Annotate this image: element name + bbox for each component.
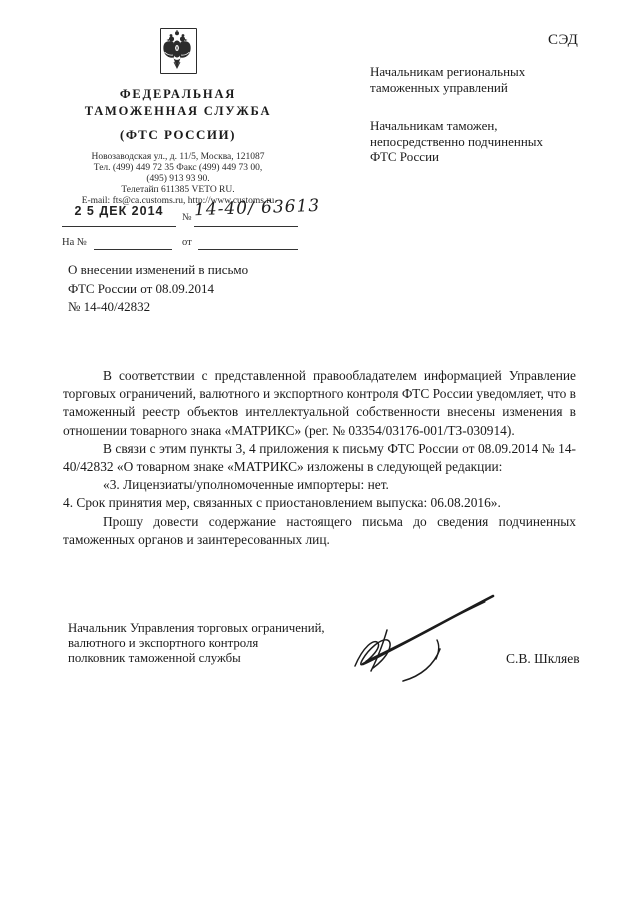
recipient-group-1: Начальникам региональных таможенных упра… — [370, 64, 610, 95]
body-paragraph-2: В связи с этим пункты 3, 4 приложения к … — [63, 440, 576, 476]
subject-line2: ФТС России от 08.09.2014 — [68, 280, 318, 299]
subject-line1: О внесении изменений в письмо — [68, 261, 318, 280]
address-line-street: Новозаводская ул., д. 11/5, Москва, 1210… — [62, 152, 294, 163]
subject-line3: № 14-40/42832 — [68, 298, 318, 317]
letterhead: ФЕДЕРАЛЬНАЯ ТАМОЖЕННАЯ СЛУЖБА (ФТС РОССИ… — [62, 28, 294, 207]
recipient-group-2: Начальникам таможен, непосредственно под… — [370, 118, 610, 165]
number-sign: № — [182, 212, 192, 223]
handwritten-signature — [333, 583, 505, 685]
date-stamp-line: 2 5 ДЕК 2014 — [62, 204, 176, 227]
body-quote-item-3: «3. Лицензиаты/уполномоченные импортеры:… — [63, 476, 576, 494]
sed-label: СЭД — [548, 32, 578, 49]
address-line-teletype: Телетайп 611385 VETO RU. — [62, 185, 294, 196]
reply-date-blank-line — [198, 232, 298, 250]
reply-number-blank-line — [94, 232, 172, 250]
date-stamp: 2 5 ДЕК 2014 — [74, 204, 163, 218]
letter-body: В соответствии с представленной правообл… — [63, 367, 576, 549]
recipients-block: Начальникам региональных таможенных упра… — [370, 64, 610, 165]
address-line-phone2: (495) 913 93 90. — [62, 174, 294, 185]
recipient2-line2: непосредственно подчиненных — [370, 134, 610, 150]
scanned-letter-page: ФЕДЕРАЛЬНАЯ ТАМОЖЕННАЯ СЛУЖБА (ФТС РОССИ… — [0, 0, 640, 905]
signer-title-block: Начальник Управления торговых ограничени… — [68, 621, 358, 667]
org-short-name: (ФТС РОССИИ) — [62, 127, 294, 143]
reply-to-label: На № — [62, 237, 87, 248]
recipient1-line1: Начальникам региональных — [370, 64, 610, 80]
coat-of-arms-box — [160, 28, 197, 74]
incoming-reference-row: На № от — [62, 232, 300, 252]
signer-name: С.В. Шкляев — [506, 651, 580, 667]
reply-from-label: от — [182, 237, 192, 248]
signer-title-line3: полковник таможенной службы — [68, 651, 358, 666]
address-line-phone: Тел. (499) 449 72 35 Факс (499) 449 73 0… — [62, 163, 294, 174]
signer-title-line1: Начальник Управления торговых ограничени… — [68, 621, 358, 636]
outgoing-number-line: 14-40/ 63613 — [194, 198, 298, 227]
signer-title-line2: валютного и экспортного контроля — [68, 636, 358, 651]
org-name-line2: ТАМОЖЕННАЯ СЛУЖБА — [62, 104, 294, 119]
recipient2-line3: ФТС России — [370, 149, 610, 165]
body-paragraph-3: Прошу довести содержание настоящего пись… — [63, 513, 576, 549]
org-name-line1: ФЕДЕРАЛЬНАЯ — [62, 87, 294, 102]
recipient2-line1: Начальникам таможен, — [370, 118, 610, 134]
reference-block: 2 5 ДЕК 2014 № 14-40/ 63613 На № от — [62, 204, 300, 252]
body-quote-item-4: 4. Срок принятия мер, связанных с приост… — [63, 494, 576, 512]
subject-block: О внесении изменений в письмо ФТС России… — [68, 261, 318, 317]
recipient1-line2: таможенных управлений — [370, 80, 610, 96]
outgoing-number-handwritten: 14-40/ 63613 — [194, 196, 321, 220]
double-headed-eagle-icon — [161, 29, 196, 70]
body-paragraph-1: В соответствии с представленной правообл… — [63, 367, 576, 440]
outgoing-reference-row: 2 5 ДЕК 2014 № 14-40/ 63613 — [62, 204, 300, 228]
